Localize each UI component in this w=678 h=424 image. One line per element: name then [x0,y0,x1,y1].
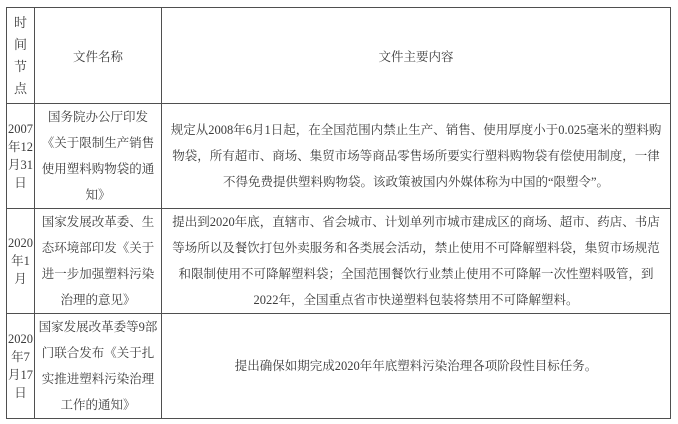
header-row: 时 间 节 点 文件名称 文件主要内容 [7,8,671,104]
time-line: 2007 [8,120,33,138]
time-cell: 2020 年7 月17 日 [7,314,35,419]
file-name-cell: 国家发展改革委、生态环境部印发《关于进一步加强塑料污染治理的意见》 [35,209,162,314]
time-line: 月 [8,270,33,288]
file-content-cell: 提出到2020年底，直辖市、省会城市、计划单列市城市建成区的商场、超市、药店、书… [162,209,671,314]
file-content-cell: 提出确保如期完成2020年年底塑料污染治理各项阶段性目标任务。 [162,314,671,419]
time-line: 年12 [8,138,33,156]
file-name-cell: 国务院办公厅印发《关于限制生产销售使用塑料购物袋的通知》 [35,104,162,209]
time-cell: 2007 年12 月31 日 [7,104,35,209]
table-row: 2020 年1 月 国家发展改革委、生态环境部印发《关于进一步加强塑料污染治理的… [7,209,671,314]
header-time-char: 节 [8,56,33,78]
table-row: 2007 年12 月31 日 国务院办公厅印发《关于限制生产销售使用塑料购物袋的… [7,104,671,209]
table-row: 2020 年7 月17 日 国家发展改革委等9部门联合发布《关于扎实推进塑料污染… [7,314,671,419]
time-line: 年1 [8,252,33,270]
time-line: 日 [8,384,33,402]
time-line: 月31 [8,156,33,174]
header-time-char: 时 [8,12,33,34]
header-cell-file-name: 文件名称 [35,8,162,104]
time-line: 2020 [8,234,33,252]
time-line: 月17 [8,366,33,384]
header-time-char: 间 [8,34,33,56]
time-cell: 2020 年1 月 [7,209,35,314]
time-line: 日 [8,174,33,192]
plastic-policy-table: 时 间 节 点 文件名称 文件主要内容 2007 年12 月31 日 国务院办公… [6,7,671,419]
header-cell-time-node: 时 间 节 点 [7,8,35,104]
document-table-container: 时 间 节 点 文件名称 文件主要内容 2007 年12 月31 日 国务院办公… [6,7,671,419]
header-cell-file-content: 文件主要内容 [162,8,671,104]
file-name-cell: 国家发展改革委等9部门联合发布《关于扎实推进塑料污染治理工作的通知》 [35,314,162,419]
file-content-cell: 规定从2008年6月1日起，在全国范围内禁止生产、销售、使用厚度小于0.025毫… [162,104,671,209]
header-time-char: 点 [8,78,33,100]
time-line: 2020 [8,330,33,348]
time-line: 年7 [8,348,33,366]
